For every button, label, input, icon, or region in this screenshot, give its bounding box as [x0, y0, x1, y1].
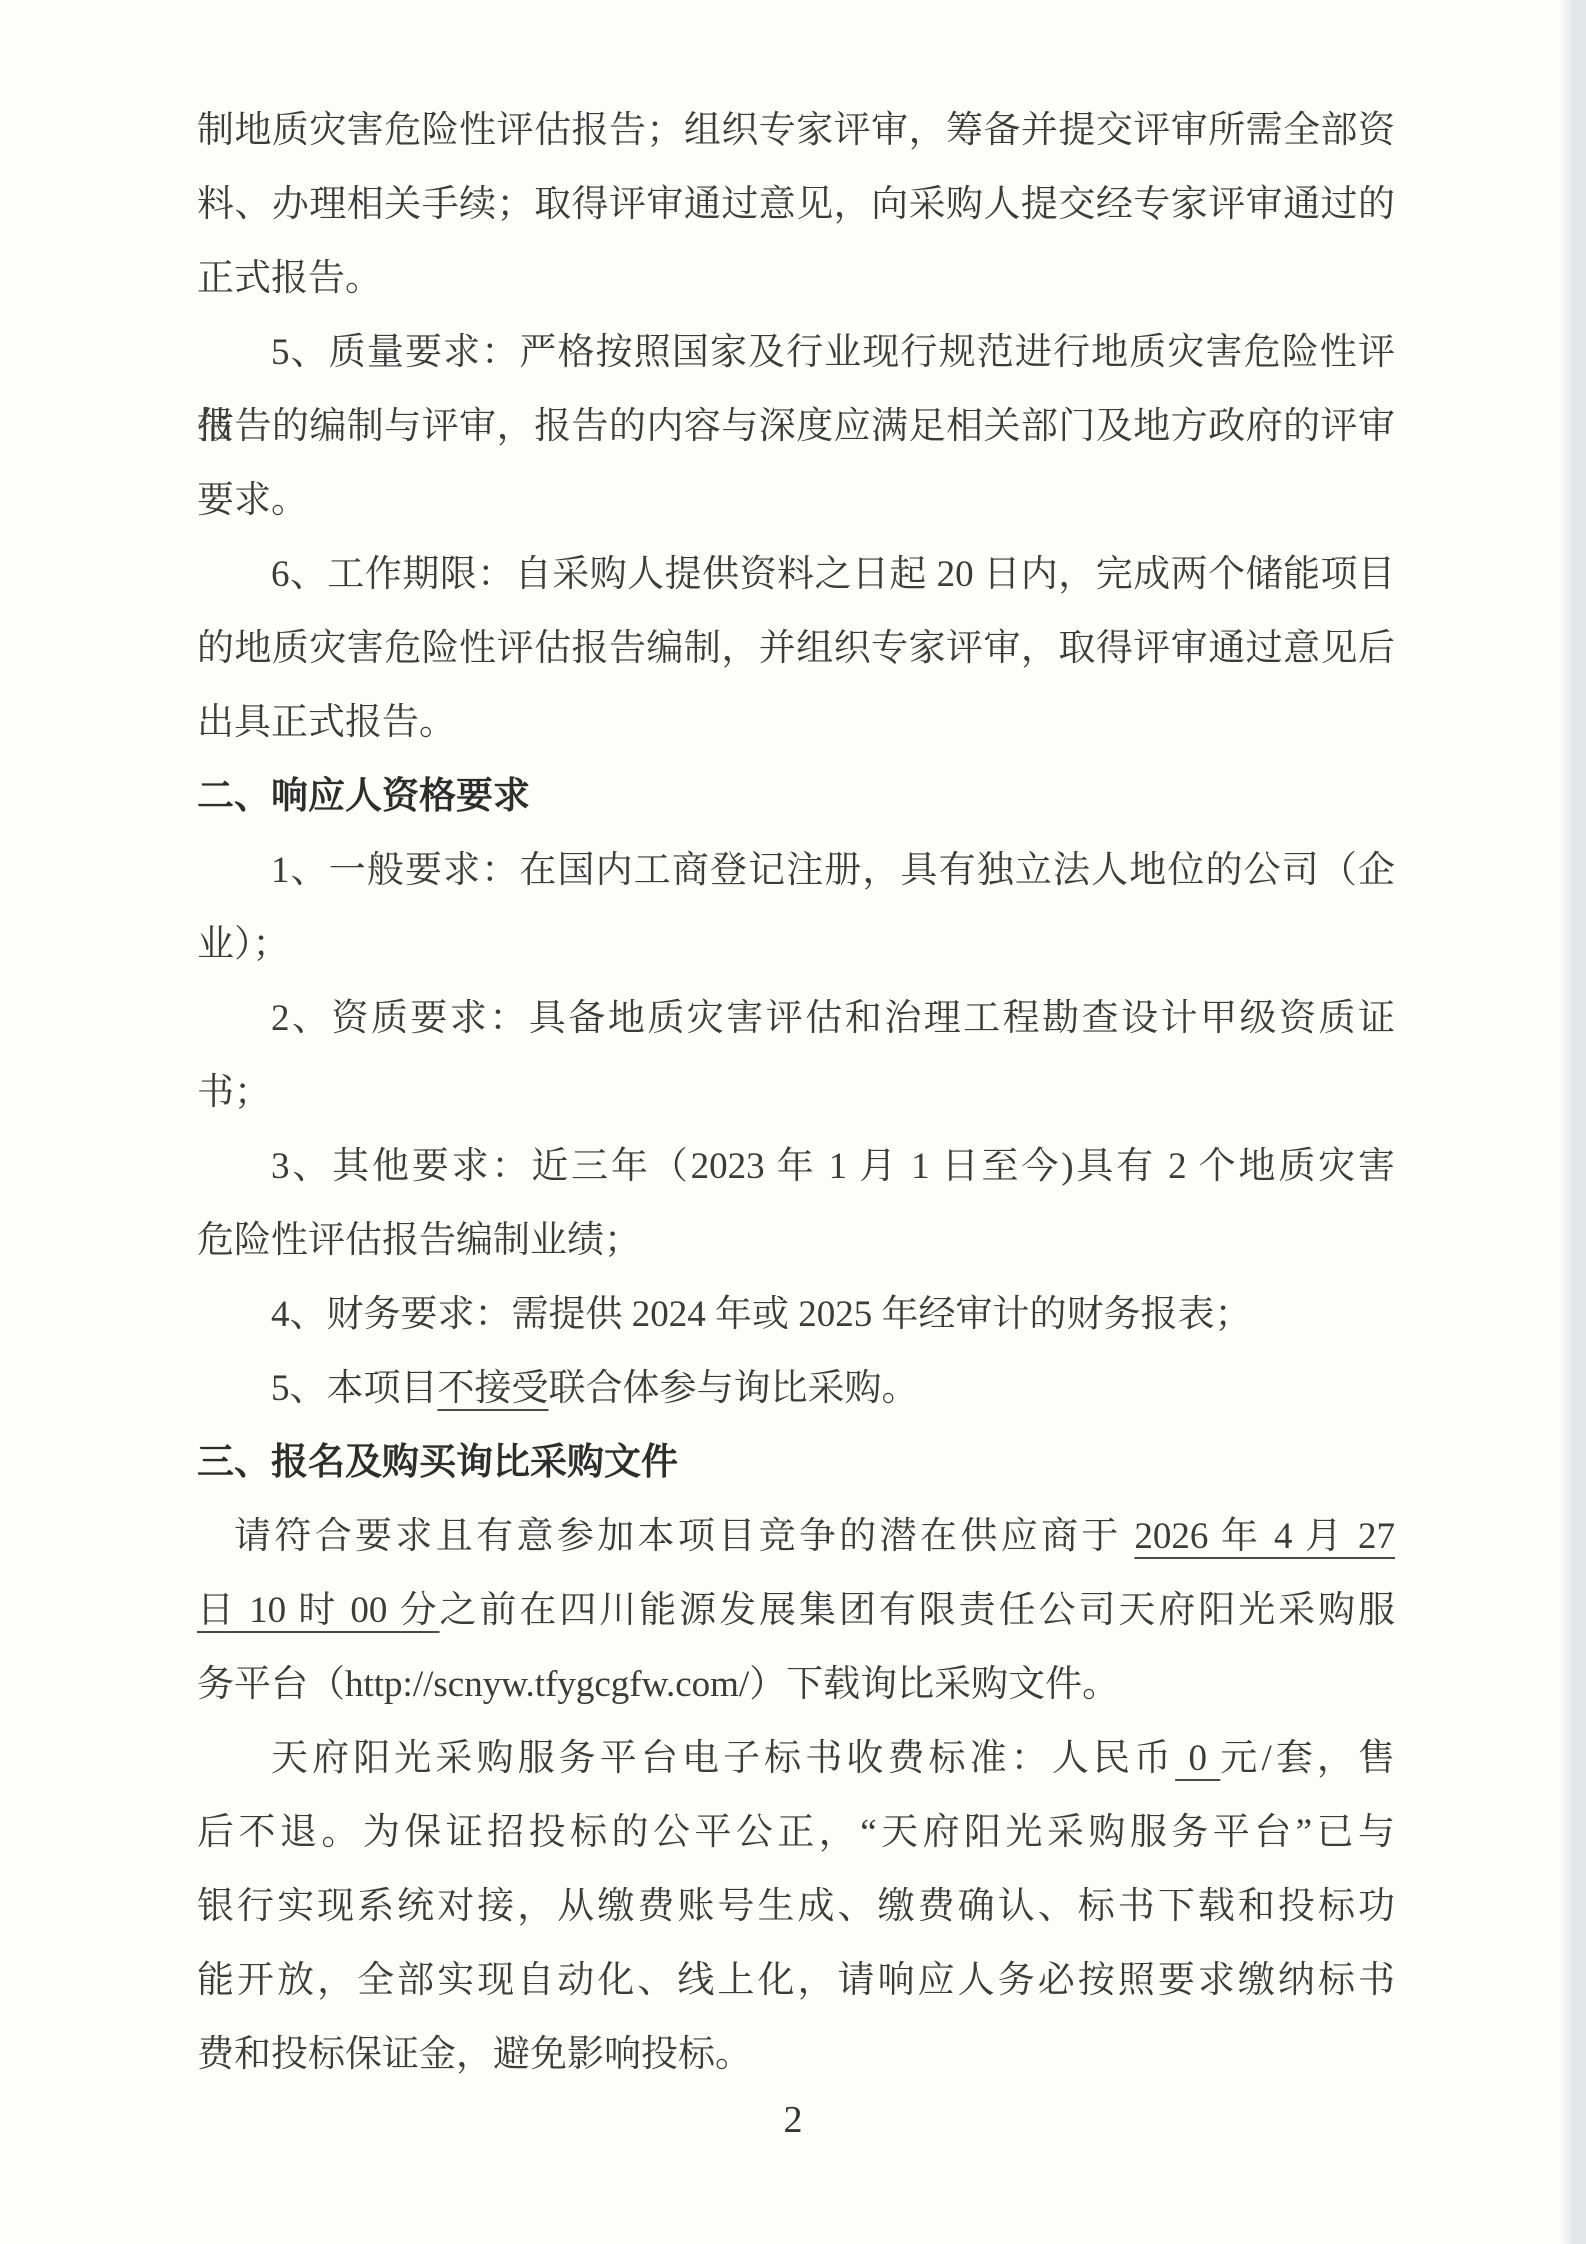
text-line: 后不退。为保证招投标的公平公正，“天府阳光采购服务平台”已与 [197, 1796, 1395, 1870]
text-segment: 书； [197, 1072, 271, 1113]
text-line: 请符合要求且有意参加本项目竞争的潜在供应商于 2026 年 4 月 27 [197, 1500, 1395, 1574]
text-segment: 6、工作期限：自采购人提供资料之日起 20 日内，完成两个储能项目 [271, 554, 1395, 595]
text-line: 制地质灾害危险性评估报告；组织专家评审，筹备并提交评审所需全部资 [197, 94, 1395, 168]
text-line: 务平台（http://scnyw.tfygcgfw.com/）下载询比采购文件。 [197, 1648, 1395, 1722]
text-line: 三、报名及购买询比采购文件 [197, 1426, 1395, 1500]
text-line: 天府阳光采购服务平台电子标书收费标准：人民币 0 元/套，售 [197, 1722, 1395, 1796]
text-line: 危险性评估报告编制业绩； [197, 1204, 1395, 1278]
text-segment: 出具正式报告。 [197, 702, 456, 743]
document-page: 制地质灾害危险性评估报告；组织专家评审，筹备并提交评审所需全部资料、办理相关手续… [0, 0, 1586, 2244]
text-line: 5、质量要求：严格按照国家及行业现行规范进行地质灾害危险性评估 [197, 316, 1395, 390]
text-segment: 5、本项目 [271, 1368, 438, 1409]
underlined-text: 不接受 [438, 1368, 549, 1409]
text-segment: 元/套，售 [1220, 1738, 1395, 1779]
text-line: 3、其他要求：近三年（2023 年 1 月 1 日至今)具有 2 个地质灾害 [197, 1130, 1395, 1204]
underlined-text: 0 [1175, 1738, 1220, 1779]
text-line: 日 10 时 00 分之前在四川能源发展集团有限责任公司天府阳光采购服 [197, 1574, 1395, 1648]
text-segment: 请符合要求且有意参加本项目竞争的潜在供应商于 [234, 1516, 1134, 1557]
document-body: 制地质灾害危险性评估报告；组织专家评审，筹备并提交评审所需全部资料、办理相关手续… [197, 94, 1395, 2092]
text-segment: 业）； [197, 924, 290, 965]
text-line: 报告的编制与评审，报告的内容与深度应满足相关部门及地方政府的评审 [197, 390, 1395, 464]
text-segment: 正式报告。 [197, 258, 382, 299]
text-line: 2、资质要求：具备地质灾害评估和治理工程勘查设计甲级资质证 [197, 982, 1395, 1056]
text-line: 书； [197, 1056, 1395, 1130]
text-line: 出具正式报告。 [197, 686, 1395, 760]
text-segment: 制地质灾害危险性评估报告；组织专家评审，筹备并提交评审所需全部资 [197, 110, 1395, 151]
text-segment: 二、响应人资格要求 [197, 776, 530, 817]
text-segment: 务平台（http://scnyw.tfygcgfw.com/）下载询比采购文件。 [197, 1664, 1119, 1705]
text-line: 二、响应人资格要求 [197, 760, 1395, 834]
text-line: 的地质灾害危险性评估报告编制，并组织专家评审，取得评审通过意见后 [197, 612, 1395, 686]
text-line: 4、财务要求：需提供 2024 年或 2025 年经审计的财务报表； [197, 1278, 1395, 1352]
text-segment: 天府阳光采购服务平台电子标书收费标准：人民币 [271, 1738, 1175, 1779]
text-line: 费和投标保证金，避免影响投标。 [197, 2018, 1395, 2092]
text-segment: 危险性评估报告编制业绩； [197, 1220, 641, 1261]
text-line: 1、一般要求：在国内工商登记注册，具有独立法人地位的公司（企 [197, 834, 1395, 908]
text-segment: 2、资质要求：具备地质灾害评估和治理工程勘查设计甲级资质证 [271, 998, 1395, 1039]
text-line: 能开放，全部实现自动化、线上化，请响应人务必按照要求缴纳标书 [197, 1944, 1395, 2018]
text-line: 业）； [197, 908, 1395, 982]
scan-edge-shadow [1560, 0, 1586, 2244]
text-line: 6、工作期限：自采购人提供资料之日起 20 日内，完成两个储能项目 [197, 538, 1395, 612]
text-line: 银行实现系统对接，从缴费账号生成、缴费确认、标书下载和投标功 [197, 1870, 1395, 1944]
page-number: 2 [0, 2096, 1586, 2144]
text-segment: 之前在四川能源发展集团有限责任公司天府阳光采购服 [440, 1590, 1395, 1631]
text-line: 料、办理相关手续；取得评审通过意见，向采购人提交经专家评审通过的 [197, 168, 1395, 242]
text-segment: 费和投标保证金，避免影响投标。 [197, 2034, 752, 2075]
text-segment: 的地质灾害危险性评估报告编制，并组织专家评审，取得评审通过意见后 [197, 628, 1395, 669]
underlined-text: 日 10 时 00 分 [197, 1590, 440, 1631]
text-segment: 三、报名及购买询比采购文件 [197, 1442, 678, 1483]
text-segment: 能开放，全部实现自动化、线上化，请响应人务必按照要求缴纳标书 [197, 1960, 1395, 2001]
text-line: 正式报告。 [197, 242, 1395, 316]
underlined-text: 2026 年 4 月 27 [1134, 1516, 1395, 1557]
text-segment: 4、财务要求：需提供 2024 年或 2025 年经审计的财务报表； [271, 1294, 1252, 1335]
text-segment: 3、其他要求：近三年（2023 年 1 月 1 日至今)具有 2 个地质灾害 [271, 1146, 1395, 1187]
text-segment: 料、办理相关手续；取得评审通过意见，向采购人提交经专家评审通过的 [197, 184, 1395, 225]
text-segment: 银行实现系统对接，从缴费账号生成、缴费确认、标书下载和投标功 [197, 1886, 1395, 1927]
text-segment: 后不退。为保证招投标的公平公正，“天府阳光采购服务平台”已与 [197, 1812, 1395, 1853]
text-segment: 要求。 [197, 480, 308, 521]
text-line: 5、本项目不接受联合体参与询比采购。 [197, 1352, 1395, 1426]
text-segment: 联合体参与询比采购。 [549, 1368, 919, 1409]
text-segment: 1、一般要求：在国内工商登记注册，具有独立法人地位的公司（企 [271, 850, 1395, 891]
text-segment: 报告的编制与评审，报告的内容与深度应满足相关部门及地方政府的评审 [197, 406, 1395, 447]
text-line: 要求。 [197, 464, 1395, 538]
